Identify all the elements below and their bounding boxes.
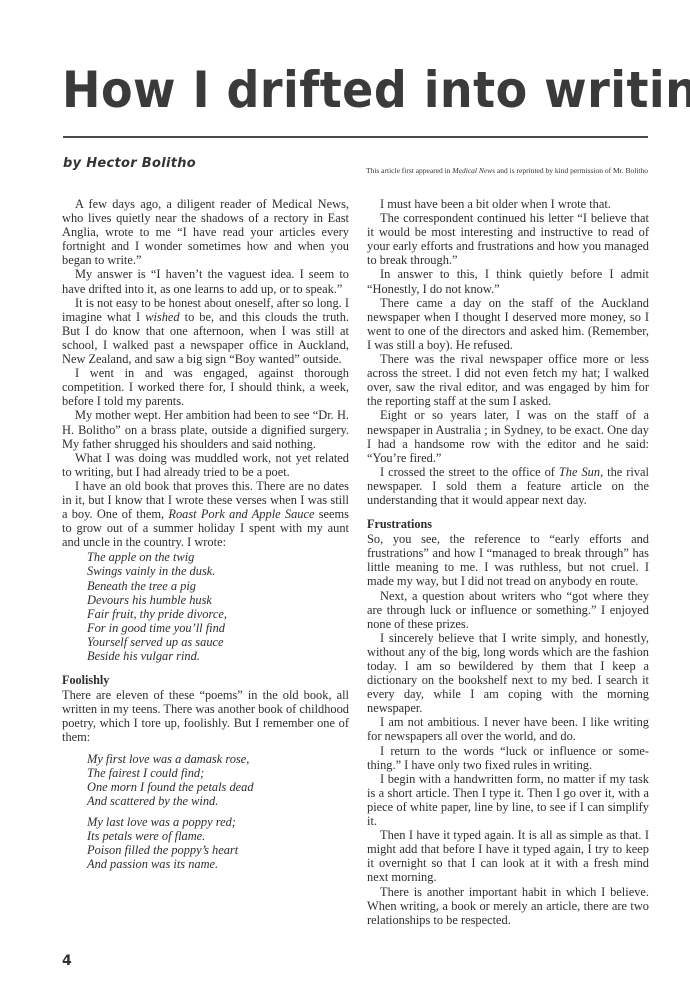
byline: by Hector Bolitho <box>63 156 196 171</box>
right-column: I must have been a bit older when I wrot… <box>367 197 649 927</box>
paragraph: Then I have it typed again. It is all as… <box>367 828 649 884</box>
magazine-page: How I drifted into writing by Hector Bol… <box>0 0 690 1003</box>
paragraph: So, you see, the reference to “early eff… <box>367 532 649 588</box>
paragraph: My answer is “I haven’t the vaguest idea… <box>62 267 349 295</box>
paragraph: I crossed the street to the office of Th… <box>367 465 649 507</box>
paragraph: I have an old book that proves this. The… <box>62 479 349 549</box>
paragraph: I sincerely believe that I write simply,… <box>367 631 649 716</box>
paragraph: There was the rival newspaper office mor… <box>367 352 649 408</box>
poem-line: Devours his humble husk <box>87 593 349 607</box>
poem-line: And scattered by the wind. <box>87 794 349 808</box>
paragraph: I went in and was engaged, against thoro… <box>62 366 349 408</box>
paragraph: I begin with a handwritten form, no matt… <box>367 772 649 828</box>
paragraph: I return to the words “luck or influence… <box>367 744 649 772</box>
credit-suffix: and is reprinted by kind permission of M… <box>495 166 648 175</box>
article-title: How I drifted into writing <box>62 60 605 120</box>
poem-line: Fair fruit, thy pride divorce, <box>87 607 349 621</box>
poem-stanza: My first love was a damask rose, The fai… <box>87 752 349 808</box>
paragraph: A few days ago, a diligent reader of Med… <box>62 197 349 267</box>
poem-line: My first love was a damask rose, <box>87 752 349 766</box>
left-column: A few days ago, a diligent reader of Med… <box>62 197 349 871</box>
poem-roast-pork: The apple on the twig Swings vainly in t… <box>87 550 349 663</box>
poem-line: Beneath the tree a pig <box>87 579 349 593</box>
paragraph: Eight or so years later, I was on the st… <box>367 408 649 464</box>
emphasis: wished <box>145 310 179 324</box>
paragraph: I am not ambitious. I never have been. I… <box>367 715 649 743</box>
paragraph: I must have been a bit older when I wrot… <box>367 197 649 211</box>
poem-line: Poison filled the poppy’s heart <box>87 843 349 857</box>
credit-prefix: This article first appeared in <box>366 166 452 175</box>
poem-stanza: My last love was a poppy red; Its petals… <box>87 815 349 871</box>
paragraph: In answer to this, I think quietly befor… <box>367 267 649 295</box>
paragraph: The correspondent continued his letter “… <box>367 211 649 267</box>
paragraph: What I was doing was muddled work, not y… <box>62 451 349 479</box>
poem-line: Swings vainly in the dusk. <box>87 564 349 578</box>
paragraph: My mother wept. Her ambition had been to… <box>62 408 349 450</box>
poem-title: Roast Pork and Apple Sauce <box>168 507 314 521</box>
title-rule <box>63 136 648 138</box>
poem-line: For in good time you’ll find <box>87 621 349 635</box>
section-heading-frustrations: Frustrations <box>367 517 649 531</box>
poem-line: The fairest I could find; <box>87 766 349 780</box>
poem-line: And passion was its name. <box>87 857 349 871</box>
page-number: 4 <box>62 953 72 969</box>
paragraph: It is not easy to be honest about onesel… <box>62 296 349 366</box>
paragraph: There came a day on the staff of the Auc… <box>367 296 649 352</box>
poem-line: One morn I found the petals dead <box>87 780 349 794</box>
paragraph: There are eleven of these “poems” in the… <box>62 688 349 744</box>
poem-line: Yourself served up as sauce <box>87 635 349 649</box>
paragraph: There is another important habit in whic… <box>367 885 649 927</box>
poem-line: The apple on the twig <box>87 550 349 564</box>
reprint-credit: This article first appeared in Medical N… <box>366 166 648 175</box>
poem-line: Its petals were of flame. <box>87 829 349 843</box>
credit-publication: Medical News <box>452 166 495 175</box>
emphasis: The Sun <box>559 465 600 479</box>
poem-line: Beside his vulgar rind. <box>87 649 349 663</box>
paragraph: Next, a question about writers who “got … <box>367 589 649 631</box>
section-heading-foolishly: Foolishly <box>62 673 349 687</box>
poem-line: My last love was a poppy red; <box>87 815 349 829</box>
